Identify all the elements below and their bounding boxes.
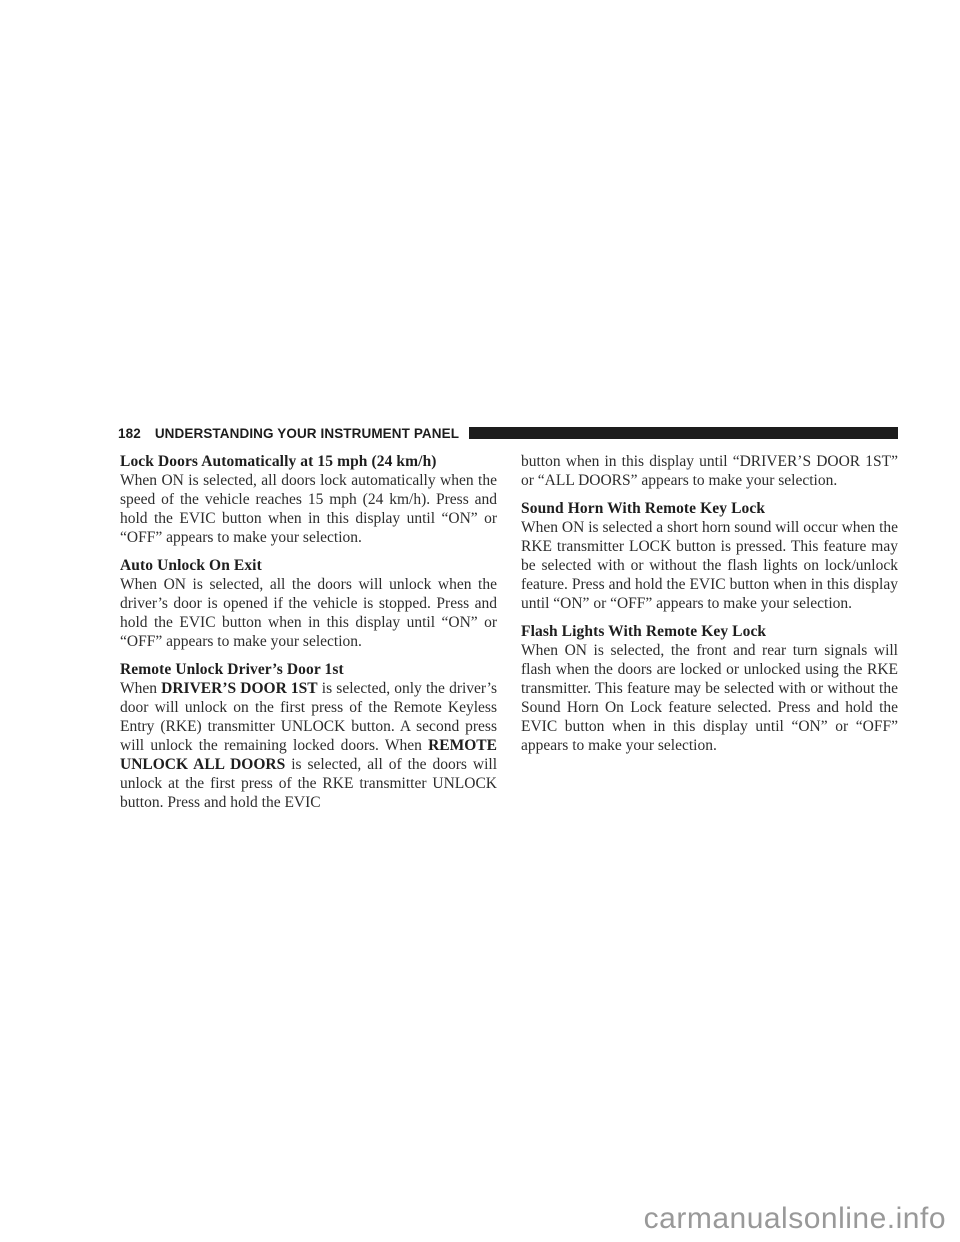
section-heading: Auto Unlock On Exit (120, 556, 497, 575)
section-body: When ON is selected a short horn sound w… (521, 518, 898, 613)
right-column: button when in this display until “DRIVE… (521, 452, 898, 755)
manual-page: 182 UNDERSTANDING YOUR INSTRUMENT PANEL … (0, 0, 960, 1242)
section-lock-doors-automatically: Lock Doors Automatically at 15 mph (24 k… (120, 452, 497, 547)
section-continued-paragraph: button when in this display until “DRIVE… (521, 452, 898, 490)
section-heading: Remote Unlock Driver’s Door 1st (120, 660, 497, 679)
section-heading: Lock Doors Automatically at 15 mph (24 k… (120, 452, 497, 471)
page-header: 182 UNDERSTANDING YOUR INSTRUMENT PANEL (118, 425, 898, 441)
section-heading: Sound Horn With Remote Key Lock (521, 499, 898, 518)
section-flash-lights-with-remote-key-lock: Flash Lights With Remote Key Lock When O… (521, 622, 898, 755)
watermark: carmanualsonline.info (644, 1202, 946, 1236)
section-body: When ON is selected, all the doors will … (120, 575, 497, 651)
header-title: UNDERSTANDING YOUR INSTRUMENT PANEL (155, 426, 459, 441)
page-number: 182 (118, 426, 141, 441)
header-rule (469, 427, 898, 439)
section-heading: Flash Lights With Remote Key Lock (521, 622, 898, 641)
section-auto-unlock-on-exit: Auto Unlock On Exit When ON is selected,… (120, 556, 497, 651)
section-body: button when in this display until “DRIVE… (521, 452, 898, 490)
section-remote-unlock-drivers-door-1st: Remote Unlock Driver’s Door 1st When DRI… (120, 660, 497, 812)
left-column: Lock Doors Automatically at 15 mph (24 k… (120, 452, 497, 812)
section-body: When ON is selected, the front and rear … (521, 641, 898, 755)
section-sound-horn-with-remote-key-lock: Sound Horn With Remote Key Lock When ON … (521, 499, 898, 613)
section-body: When ON is selected, all doors lock auto… (120, 471, 497, 547)
section-body: When DRIVER’S DOOR 1ST is selected, only… (120, 679, 497, 812)
